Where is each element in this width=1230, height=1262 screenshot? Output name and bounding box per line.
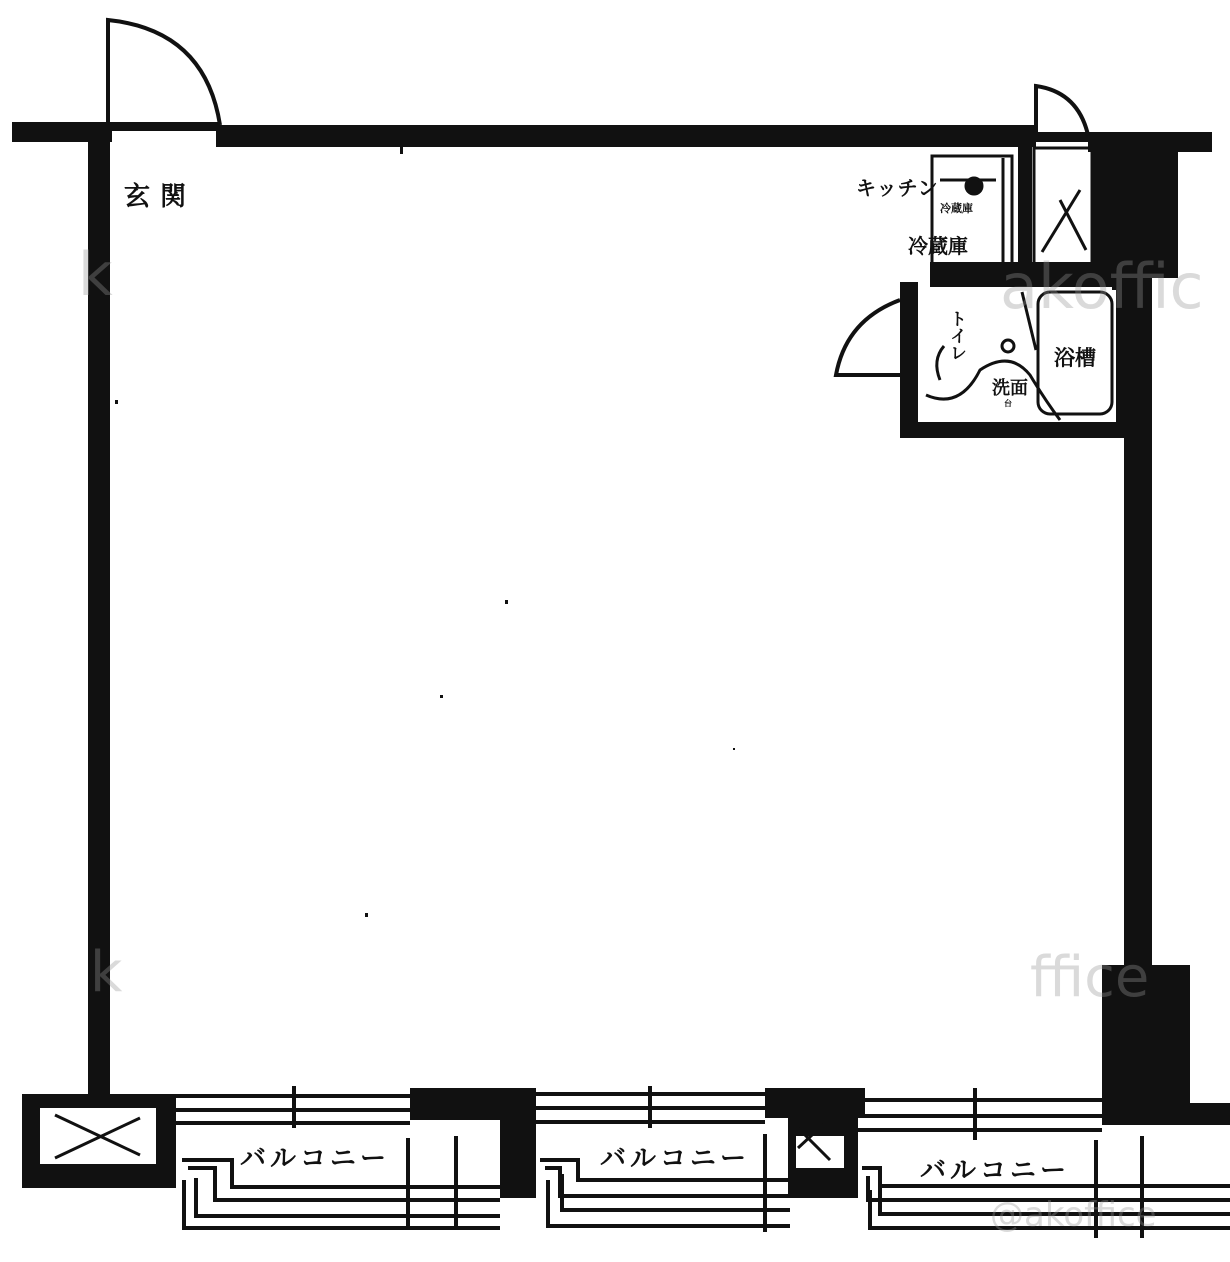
entrance-label: 玄関 [124, 176, 196, 213]
kitchen-label: キッチン [856, 172, 939, 201]
bottom-pillar-1 [500, 1088, 536, 1198]
window-sashes [176, 1086, 1102, 1140]
watermark: ffice [1030, 945, 1149, 1010]
washbasin-label: 洗面 [992, 374, 1028, 400]
entrance-door [108, 20, 220, 125]
bath-bottom-wall [900, 420, 1130, 438]
watermark: k [78, 240, 113, 310]
watermark: k [90, 940, 122, 1005]
fridge-small-note: 冷蔵庫 [940, 200, 973, 216]
storage-left-bottom [22, 1162, 174, 1188]
bathtub-label: 浴槽 [1054, 342, 1096, 372]
fridge-label: 冷蔵庫 [908, 230, 968, 259]
washbasin-sub-label: 台 [1004, 398, 1012, 409]
watermark: akoffic [1000, 250, 1204, 323]
balcony-label-3: バルコニー [920, 1150, 1070, 1187]
top-wall [216, 125, 1036, 147]
bathroom-door [836, 300, 910, 375]
kitchen-label-text: キッチン [856, 176, 939, 200]
storage-mid-right [844, 1110, 858, 1198]
entrance-door-threshold [108, 122, 220, 131]
storage-mid-left [788, 1110, 796, 1198]
toilet-label: トイレ [944, 310, 969, 361]
bottom-right-wall [1185, 1103, 1230, 1125]
gas-stove-icon [966, 178, 982, 194]
specks [115, 146, 735, 917]
storage-left-right [156, 1094, 176, 1188]
kitchen-door [1036, 86, 1088, 135]
watermark: @akoffice [990, 1195, 1157, 1235]
kitchen-door-threshold [1032, 132, 1092, 142]
balcony-label-1: バルコニー [240, 1138, 390, 1175]
balcony-label-2: バルコニー [600, 1138, 750, 1175]
